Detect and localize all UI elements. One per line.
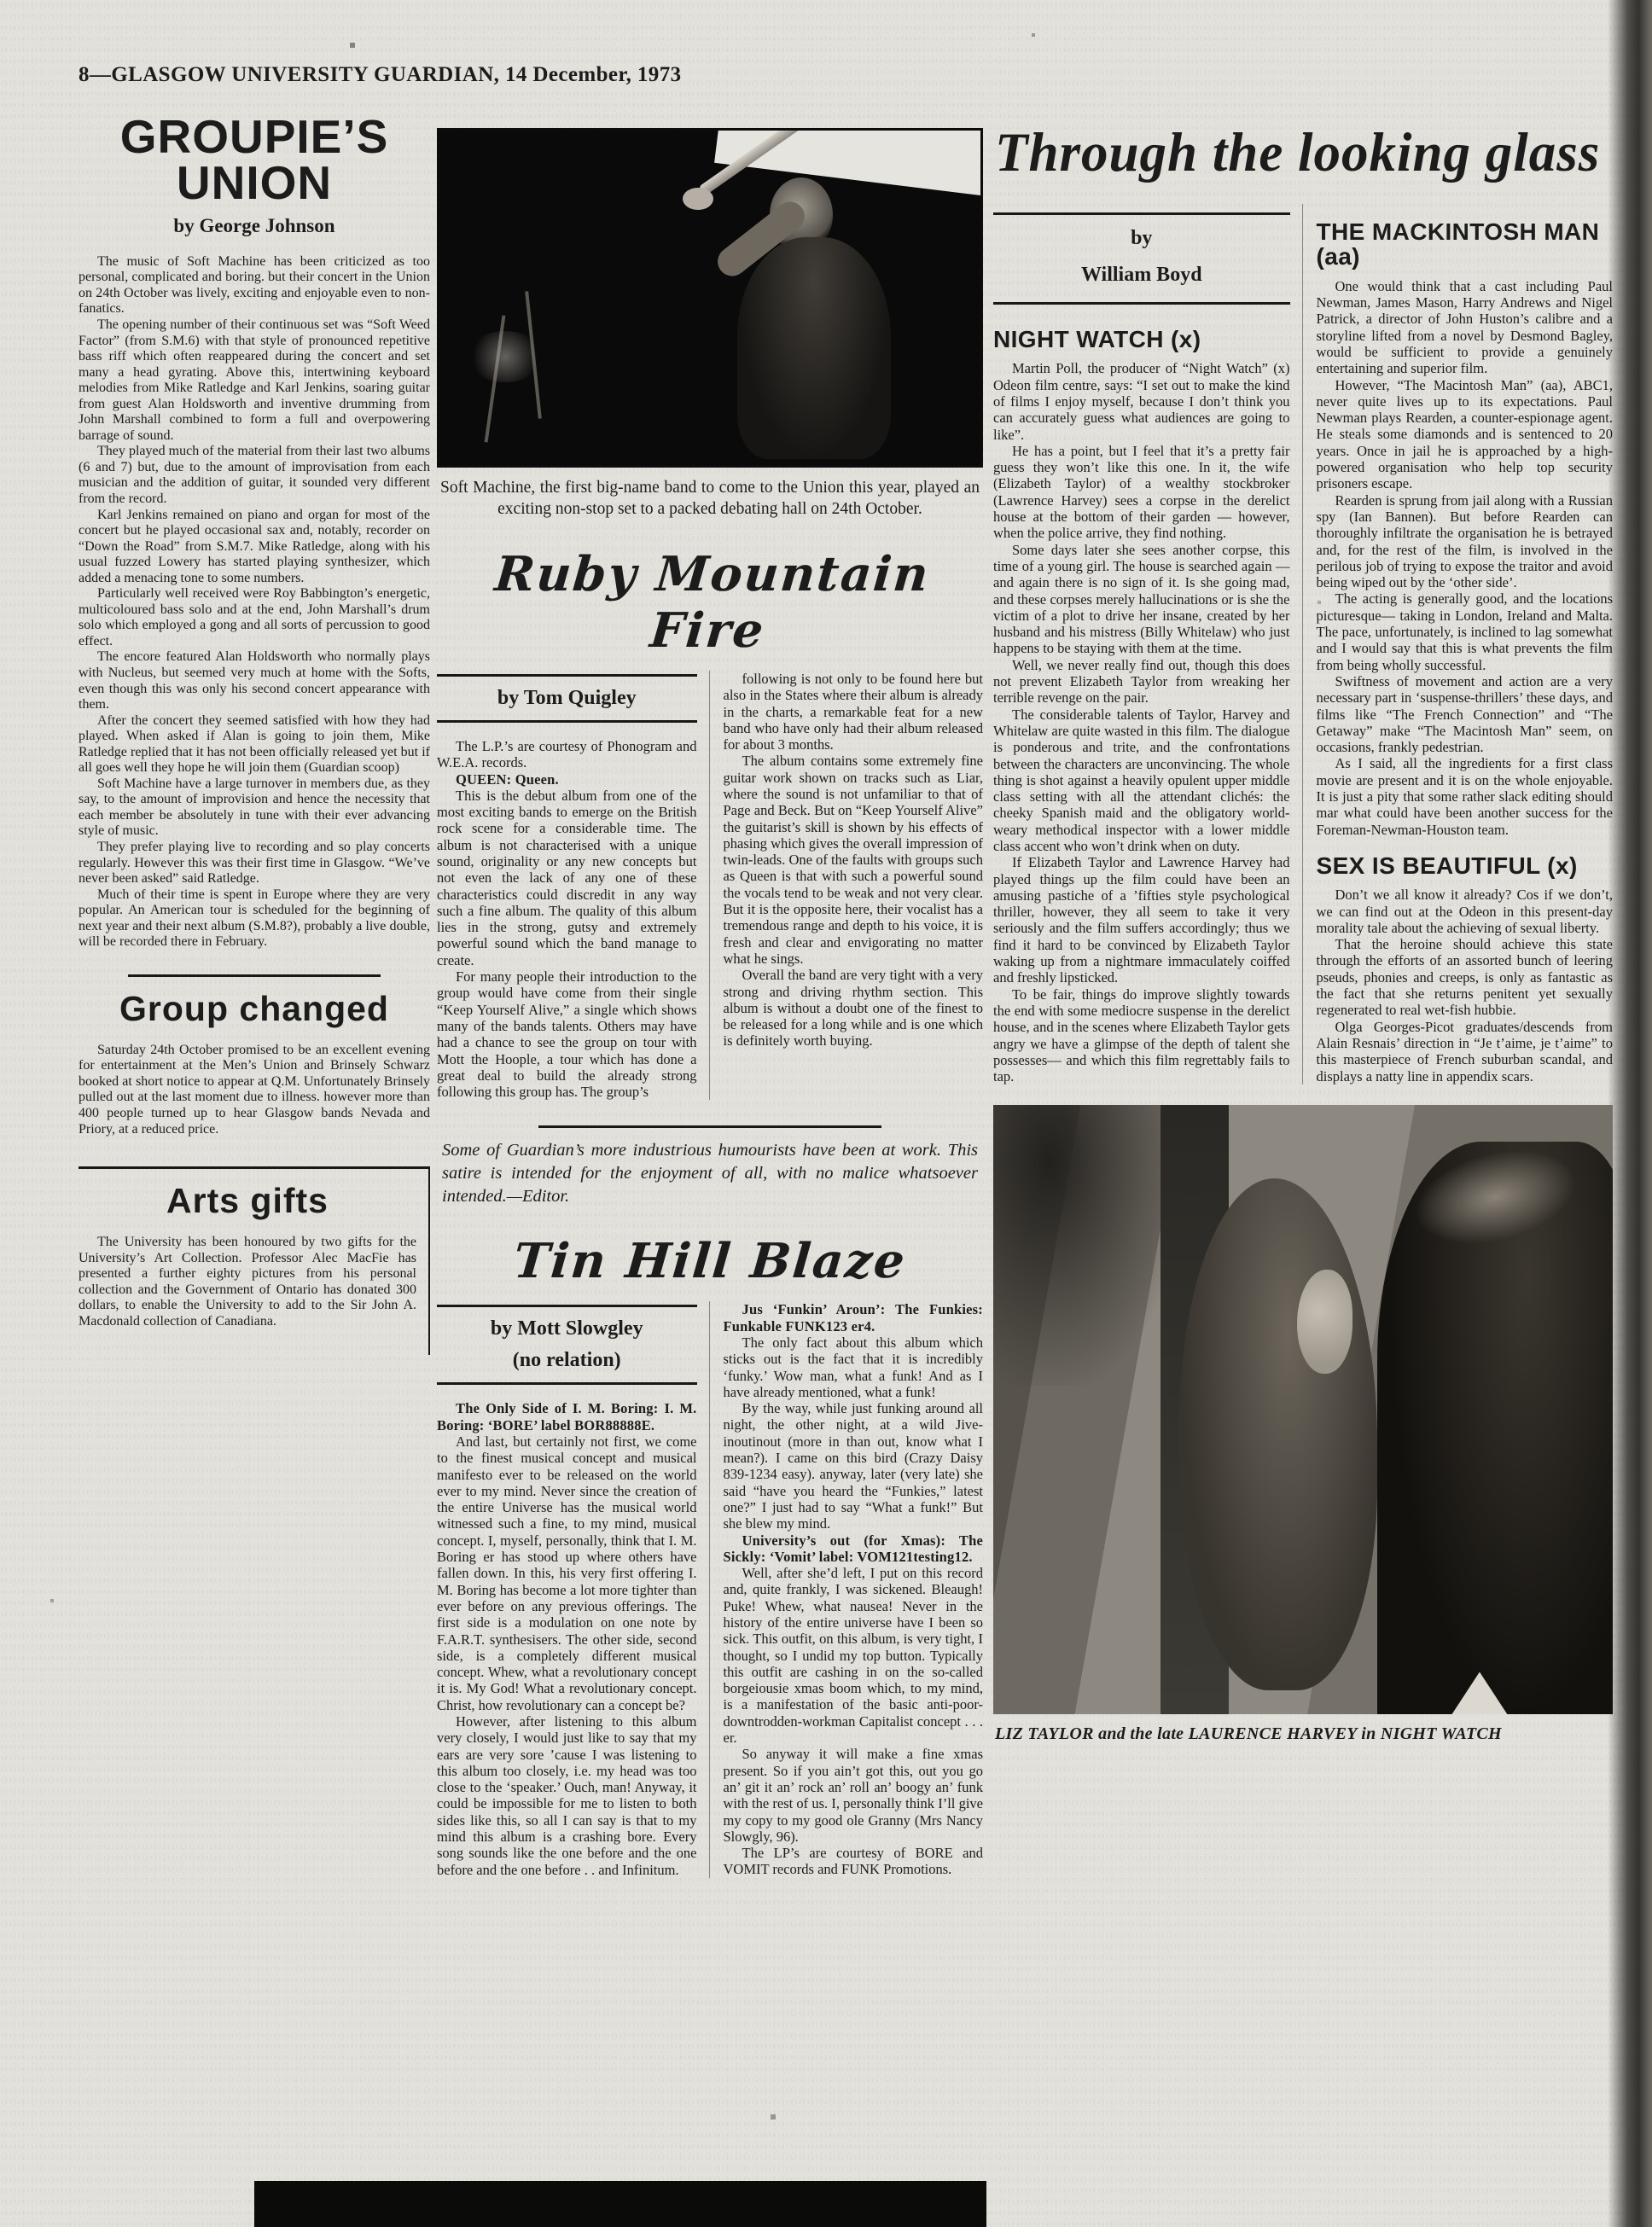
paragraph: The acting is generally good, and the lo… [1317,590,1614,672]
paragraph: By the way, while just funking around al… [724,1400,984,1532]
divider [128,974,381,977]
guitarist-body [737,237,891,459]
paragraph: The only fact about this album which sti… [724,1334,984,1400]
through-the-looking-glass-title: Through the looking glass [995,121,1594,185]
william-boyd-byline: by William Boyd [993,212,1290,305]
paragraph: After the concert they seemed satisfied … [79,713,430,776]
tin-hill-column-1: by Mott Slowgley (no relation) The Only … [437,1301,709,1878]
film-column-1: by William Boyd NIGHT WATCH (x) Martin P… [993,204,1302,1084]
paragraph: Overall the band are very tight with a v… [724,967,984,1049]
paragraph: This is the debut album from one of the … [437,788,697,968]
arts-gifts-box: Arts gifts The University has been honou… [79,1166,430,1355]
tin-hill-byline-note: (no relation) [437,1349,697,1372]
right-section: Through the looking glass by William Boy… [993,121,1613,1744]
tin-hill-column-2-body: Jus ‘Funkin’ Aroun’: The Funkies: Funkab… [724,1301,984,1877]
tin-hill-column-1-body: The Only Side of I. M. Boring: I. M. Bor… [437,1400,697,1878]
groupies-union-title: GROUPIE’S UNION [79,114,430,206]
paragraph: The encore featured Alan Holdsworth who … [79,649,430,712]
paragraph: The considerable talents of Taylor, Harv… [993,706,1290,855]
paragraph: Jus ‘Funkin’ Aroun’: The Funkies: Funkab… [724,1301,984,1334]
paragraph: Well, after she’d left, I put on this re… [724,1565,984,1746]
paragraph: The opening number of their continuous s… [79,317,430,444]
byline-author: William Boyd [993,264,1290,287]
center-column: Soft Machine, the first big-name band to… [437,128,983,1878]
scan-edge-shadow [1608,0,1652,2227]
paragraph: One would think that a cast including Pa… [1317,278,1614,377]
arts-gifts-body: The University has been honoured by two … [79,1235,416,1329]
paragraph: The music of Soft Machine has been criti… [79,254,430,317]
tin-hill-column-2: Jus ‘Funkin’ Aroun’: The Funkies: Funkab… [709,1301,984,1878]
groupies-union-body: The music of Soft Machine has been criti… [79,254,430,951]
group-changed-body: Saturday 24th October promised to be an … [79,1043,430,1137]
paragraph: Saturday 24th October promised to be an … [79,1043,430,1137]
photo-dark-corner [993,1105,1179,1385]
paragraph: So anyway it will make a fine xmas prese… [724,1746,984,1845]
film-review-columns: by William Boyd NIGHT WATCH (x) Martin P… [993,204,1613,1084]
paragraph: He has a point, but I feel that it’s a p… [993,443,1290,542]
liz-taylor-hair [1179,1178,1377,1690]
paragraph: following is not only to be found here b… [724,671,984,753]
photo-night-watch-still [993,1105,1613,1714]
newspaper-page: { "masthead": "8—GLASGOW UNIVERSITY GUAR… [0,0,1652,2227]
photo-soft-machine [437,128,983,468]
night-watch-photo-caption: LIZ TAYLOR and the late LAURENCE HARVEY … [995,1724,1611,1744]
liz-taylor-face [1297,1270,1352,1373]
tin-hill-byline-name: by Mott Slowgley [437,1317,697,1340]
mackintosh-man-body: One would think that a cast including Pa… [1317,278,1614,838]
paragraph: Well, we never really find out, though t… [993,657,1290,706]
paragraph: However, “The Macintosh Man” (aa), ABC1,… [1317,377,1614,492]
paragraph: The Only Side of I. M. Boring: I. M. Bor… [437,1400,697,1433]
soft-machine-photo-caption: Soft Machine, the first big-name band to… [440,478,980,520]
paragraph: As I said, all the ingredients for a fir… [1317,755,1614,837]
paragraph: Much of their time is spent in Europe wh… [79,887,430,951]
tin-hill-blaze-title: Tin Hill Blaze [434,1233,986,1289]
groupies-union-byline: by George Johnson [79,215,430,237]
ruby-review-columns: by Tom Quigley The L.P.’s are courtesy o… [437,671,983,1101]
groupies-union-title-line2: UNION [79,160,430,206]
mackintosh-man-heading-line1: THE MACKINTOSH MAN [1317,219,1614,244]
paragraph: The University has been honoured by two … [79,1235,416,1329]
ruby-column-2: following is not only to be found here b… [709,671,984,1101]
guitarist-hand [683,188,713,210]
paper-specks [0,0,2,2]
editor-satire-note: Some of Guardian’s more industrious humo… [442,1125,978,1207]
paragraph: Rearden is sprung from jail along with a… [1317,492,1614,591]
paragraph: They prefer playing live to recording an… [79,840,430,887]
night-watch-heading: NIGHT WATCH (x) [993,327,1290,352]
paragraph: Don’t we all know it already? Cos if we … [1317,887,1614,936]
paragraph: However, after listening to this album v… [437,1713,697,1878]
paragraph: Martin Poll, the producer of “Night Watc… [993,360,1290,442]
sex-is-beautiful-heading: SEX IS BEAUTIFUL (x) [1317,853,1614,878]
paragraph: Olga Georges-Picot graduates/descends fr… [1317,1019,1614,1084]
sex-is-beautiful-body: Don’t we all know it already? Cos if we … [1317,887,1614,1084]
stage-glow [467,331,544,382]
group-changed-title: Group changed [79,989,430,1029]
paragraph: The L.P.’s are courtesy of Phonogram and… [437,738,697,771]
paragraph: Karl Jenkins remained on piano and organ… [79,508,430,587]
ruby-mountain-fire-title: Ruby Mountain Fire [432,546,988,659]
paragraph: The album contains some extremely fine g… [724,753,984,967]
photo-corner-glare [714,128,983,201]
paragraph: Some days later she sees another corpse,… [993,542,1290,657]
paragraph: And last, but certainly not first, we co… [437,1433,697,1713]
paragraph: Soft Machine have a large turnover in me… [79,776,430,840]
mackintosh-man-heading-line2: (aa) [1317,244,1614,269]
arts-gifts-title: Arts gifts [79,1181,416,1221]
paragraph: The LP’s are courtesy of BORE and VOMIT … [724,1845,984,1878]
tin-hill-byline: by Mott Slowgley (no relation) [437,1305,697,1385]
tin-hill-columns: by Mott Slowgley (no relation) The Only … [437,1301,983,1878]
scan-bottom-bar [254,2181,986,2227]
paragraph: For many people their introduction to th… [437,968,697,1100]
left-column: GROUPIE’S UNION by George Johnson The mu… [79,108,430,1355]
paragraph: They played much of the material from th… [79,444,430,507]
paragraph: Particularly well received were Roy Babb… [79,586,430,649]
byline-by: by [993,227,1290,250]
paragraph: To be fair, things do improve slightly t… [993,986,1290,1085]
paragraph: University’s out (for Xmas): The Sickly:… [724,1532,984,1566]
ruby-byline: by Tom Quigley [437,674,697,723]
ruby-column-1: by Tom Quigley The L.P.’s are courtesy o… [437,671,709,1101]
masthead: 8—GLASGOW UNIVERSITY GUARDIAN, 14 Decemb… [79,63,682,87]
paragraph: That the heroine should achieve this sta… [1317,936,1614,1018]
film-column-2: THE MACKINTOSH MAN (aa) One would think … [1302,204,1614,1084]
night-watch-body: Martin Poll, the producer of “Night Watc… [993,360,1290,1084]
mackintosh-man-heading: THE MACKINTOSH MAN (aa) [1317,219,1614,270]
ruby-column-1-body: The L.P.’s are courtesy of Phonogram and… [437,738,697,1101]
paragraph: QUEEN: Queen. [437,771,697,788]
paragraph: If Elizabeth Taylor and Lawrence Harvey … [993,854,1290,986]
groupies-union-title-line1: GROUPIE’S [79,114,430,160]
paragraph: Swiftness of movement and action are a v… [1317,673,1614,755]
ruby-column-2-body: following is not only to be found here b… [724,671,984,1050]
